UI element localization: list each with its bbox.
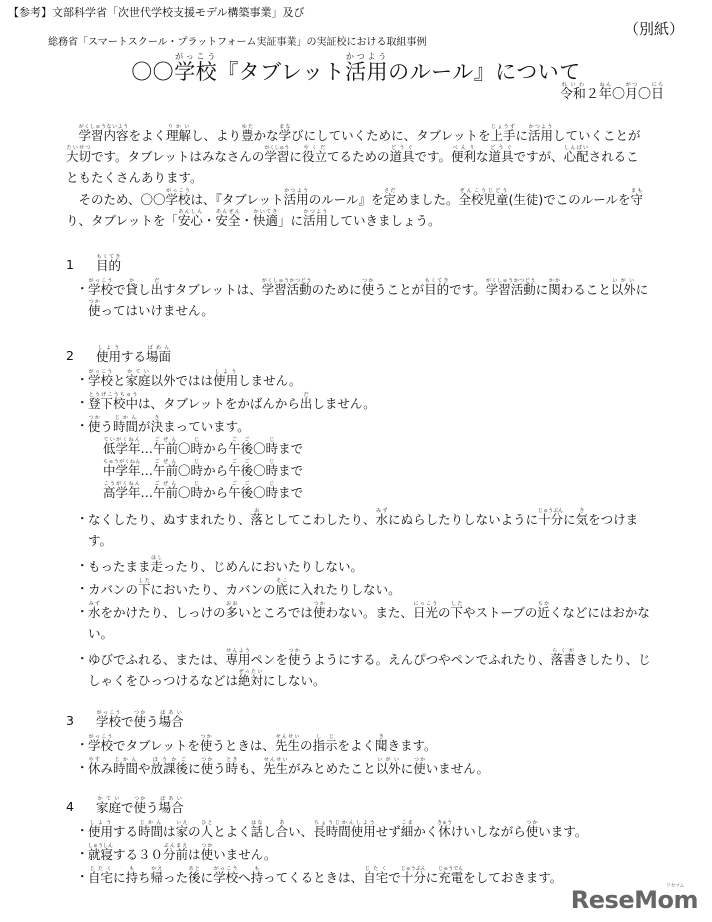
logo-text: ReseMom [571, 886, 698, 914]
section-number: 1 [66, 254, 96, 277]
section-purpose: 1 目的もくてき ・ 学校がっこうで貸かし出だすタブレットは、学習活動がくしゅう… [66, 254, 656, 321]
list-item: ・ 登下校中とうげこうちゅうは、タブレットをかばんから出だしません。 [66, 392, 656, 414]
list-item: ・ ゆびでふれる、または、専用せんようペンを使つかうようにする。えんぴつやペンで… [66, 648, 656, 691]
bullet-icon: ・ [76, 578, 88, 600]
bullet-icon: ・ [76, 734, 88, 756]
logo-kana: リセマム [666, 882, 684, 889]
schedule-middle-grades: 中学年ちゅうがくねん…午前ごぜん〇時じから午後ごご〇時じまで [66, 459, 656, 481]
bullet-icon: ・ [76, 508, 88, 551]
schedule-upper-grades: 高学年こうがくねん…午前ごぜん〇時じから午後ごご〇時じまで [66, 481, 656, 503]
section-heading: 3 学校がっこうで使つかう場合ばあい [66, 710, 656, 733]
section-heading: 1 目的もくてき [66, 254, 656, 277]
list-item: ・ カバンの下したにおいたり、カバンの底そこに入れたりしない。 [66, 578, 656, 600]
bullet-icon: ・ [76, 843, 88, 865]
intro-paragraph-2: そのため、〇〇学校がっこうは、『タブレット活用かつようのルール』を定さだめました… [66, 188, 646, 231]
section-heading: 4 家庭かていで使つかう場合ばあい [66, 796, 656, 819]
schedule-lower-grades: 低学年ていがくねん…午前ごぜん〇時じから午後ごご〇時じまで [66, 437, 656, 459]
list-item: ・ 学校がっこうでタブレットを使つかうときは、先生せんせいの指示しじをよく聞きき… [66, 734, 656, 756]
list-item: ・ もったまま走はしったり、じめんにおいたりしない。 [66, 555, 656, 577]
section-title: 使用しようする場面ばめん [96, 345, 171, 368]
bullet-icon: ・ [76, 601, 88, 644]
list-item: ・ 使用しようする時間じかんは家いえの人ひととよく話はなし合あい、長時間使用ちょ… [66, 820, 656, 842]
section-number: 4 [66, 796, 96, 819]
bullet-icon: ・ [76, 392, 88, 414]
section-heading: 2 使用しようする場面ばめん [66, 345, 656, 368]
list-item: ・ 学校がっこうで貸かし出だすタブレットは、学習活動がくしゅうかつどうのために使… [66, 278, 656, 321]
bullet-icon: ・ [76, 648, 88, 691]
section-title: 学校がっこうで使つかう場合ばあい [96, 710, 184, 733]
section-title: 目的もくてき [96, 254, 121, 277]
intro-paragraph-1: 学習内容がくしゅうないようをよく理解りかいし、より豊ゆたかな学まなびにしていくた… [66, 124, 646, 188]
bullet-icon: ・ [76, 369, 88, 391]
list-item: ・ 休やすみ時間じかんや放課後ほうかごに使つかう時ときも、先生せんせいがみとめた… [66, 757, 656, 779]
reference-line-2: 総務省「スマートスクール・プラットフォーム実証事業」の実証校における取組事例 [48, 36, 427, 50]
section-use-at-home: 4 家庭かていで使つかう場合ばあい ・ 使用しようする時間じかんは家いえの人ひと… [66, 796, 656, 888]
section-usage-situations: 2 使用しようする場面ばめん ・ 学校がっこうと家庭かてい以外ではは使用しようし… [66, 345, 656, 691]
reference-line-1: 【参考】文部科学省「次世代学校支援モデル構築事業」及び [8, 6, 304, 20]
list-item: ・ 就寝しゅうしんする３０分前ぷんまえは使つかいません。 [66, 843, 656, 865]
list-item: ・ 使つかう時間じかんが決きまっています。 [66, 415, 656, 437]
bullet-icon: ・ [76, 820, 88, 842]
intro-text: 学習内容がくしゅうないようをよく理解りかいし、より豊ゆたかな学まなびにしていくた… [66, 124, 646, 231]
bullet-icon: ・ [76, 866, 88, 888]
section-use-at-school: 3 学校がっこうで使つかう場合ばあい ・ 学校がっこうでタブレットを使つかうとき… [66, 710, 656, 779]
bullet-icon: ・ [76, 757, 88, 779]
list-item: ・ なくしたり、ぬすまれたり、落おとしてこわしたり、水みずにぬらしたりしないよう… [66, 508, 656, 551]
resemom-logo: リセマム ReseMom [571, 886, 698, 914]
list-item: ・ 水みずをかけたり、しっけの多おおいところでは使つかわない。また、日光にっこう… [66, 601, 656, 644]
list-item: ・ 学校がっこうと家庭かてい以外ではは使用しようしません。 [66, 369, 656, 391]
section-title: 家庭かていで使つかう場合ばあい [96, 796, 184, 819]
bullet-icon: ・ [76, 415, 88, 437]
list-item: ・ 自宅じたくに持もち帰かえった後あとに学校がっこうへ持もってくるときは、自宅じ… [66, 866, 656, 888]
document-date: 令和れいわ２年ねん〇月がつ〇日にち [560, 82, 664, 107]
bullet-icon: ・ [76, 555, 88, 577]
section-number: 2 [66, 345, 96, 368]
bullet-icon: ・ [76, 278, 88, 321]
section-number: 3 [66, 710, 96, 733]
attachment-label: （別紙） [624, 18, 684, 39]
